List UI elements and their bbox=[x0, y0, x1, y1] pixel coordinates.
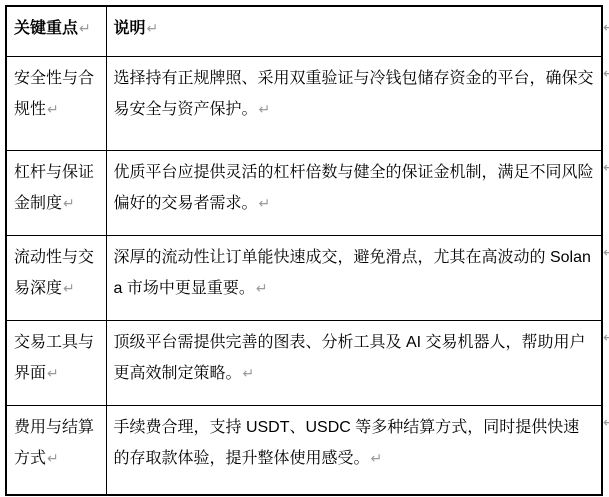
row-end-mark-icon: ↵ bbox=[603, 64, 609, 82]
key-point-cell: 杠杆与保证金制度↵ bbox=[6, 150, 106, 235]
key-point-text: 杠杆与保证金制度 bbox=[14, 164, 94, 212]
header-key-point-label: 关键重点 bbox=[14, 20, 78, 37]
description-text: 选择持有正规牌照、采用双重验证与冷钱包储存资金的平台，确保交易安全与资产保护。 bbox=[114, 70, 594, 118]
description-cell: 手续费合理，支持 USDT、USDC 等多种结算方式，同时提供快速的存取款体验，… bbox=[106, 405, 602, 495]
description-cell: 优质平台应提供灵活的杠杆倍数与健全的保证金机制，满足不同风险偏好的交易者需求。↵ bbox=[106, 150, 602, 235]
row-end-mark-icon: ↵ bbox=[603, 18, 609, 36]
row-end-mark-icon: ↵ bbox=[603, 158, 609, 176]
description-cell: 顶级平台需提供完善的图表、分析工具及 AI 交易机器人，帮助用户更高效制定策略。… bbox=[106, 320, 602, 405]
table-header-row: 关键重点↵ 说明↵ bbox=[6, 6, 602, 56]
line-break-mark-icon: ↵ bbox=[46, 365, 59, 381]
line-break-mark-icon: ↵ bbox=[242, 365, 255, 381]
key-point-cell: 交易工具与界面↵ bbox=[6, 320, 106, 405]
line-break-mark-icon: ↵ bbox=[46, 101, 59, 117]
description-text: 手续费合理，支持 USDT、USDC 等多种结算方式，同时提供快速的存取款体验，… bbox=[114, 419, 580, 467]
header-cell-key-point: 关键重点↵ bbox=[6, 6, 106, 56]
header-cell-description: 说明↵ bbox=[106, 6, 602, 56]
table-row: 费用与结算方式↵ 手续费合理，支持 USDT、USDC 等多种结算方式，同时提供… bbox=[6, 405, 602, 495]
key-point-cell: 流动性与交易深度↵ bbox=[6, 235, 106, 320]
key-point-text: 流动性与交易深度 bbox=[14, 249, 94, 297]
row-end-mark-icon: ↵ bbox=[603, 243, 609, 261]
row-end-mark-icon: ↵ bbox=[603, 328, 609, 346]
line-break-mark-icon: ↵ bbox=[62, 280, 75, 296]
line-break-mark-icon: ↵ bbox=[78, 20, 91, 36]
table-row: 交易工具与界面↵ 顶级平台需提供完善的图表、分析工具及 AI 交易机器人，帮助用… bbox=[6, 320, 602, 405]
key-point-cell: 费用与结算方式↵ bbox=[6, 405, 106, 495]
line-break-mark-icon: ↵ bbox=[258, 195, 271, 211]
line-break-mark-icon: ↵ bbox=[370, 450, 383, 466]
table-row: 安全性与合规性↵ 选择持有正规牌照、采用双重验证与冷钱包储存资金的平台，确保交易… bbox=[6, 56, 602, 150]
line-break-mark-icon: ↵ bbox=[255, 280, 268, 296]
document-page: { "page": { "background": "#ffffff", "te… bbox=[0, 0, 609, 497]
description-text: 顶级平台需提供完善的图表、分析工具及 AI 交易机器人，帮助用户更高效制定策略。 bbox=[114, 334, 586, 382]
key-points-table: 关键重点↵ 说明↵ 安全性与合规性↵ 选择持有正规牌照、采用双重验证与冷钱包储存… bbox=[5, 5, 603, 496]
line-break-mark-icon: ↵ bbox=[62, 195, 75, 211]
key-point-cell: 安全性与合规性↵ bbox=[6, 56, 106, 150]
line-break-mark-icon: ↵ bbox=[146, 20, 159, 36]
row-end-mark-icon: ↵ bbox=[603, 413, 609, 431]
description-cell: 选择持有正规牌照、采用双重验证与冷钱包储存资金的平台，确保交易安全与资产保护。↵ bbox=[106, 56, 602, 150]
description-text: 优质平台应提供灵活的杠杆倍数与健全的保证金机制，满足不同风险偏好的交易者需求。 bbox=[114, 164, 594, 212]
description-cell: 深厚的流动性让订单能快速成交，避免滑点，尤其在高波动的 Solana 市场中更显… bbox=[106, 235, 602, 320]
table-row: 杠杆与保证金制度↵ 优质平台应提供灵活的杠杆倍数与健全的保证金机制，满足不同风险… bbox=[6, 150, 602, 235]
line-break-mark-icon: ↵ bbox=[46, 450, 59, 466]
header-description-label: 说明 bbox=[114, 20, 146, 37]
table-row: 流动性与交易深度↵ 深厚的流动性让订单能快速成交，避免滑点，尤其在高波动的 So… bbox=[6, 235, 602, 320]
description-text: 深厚的流动性让订单能快速成交，避免滑点，尤其在高波动的 Solana 市场中更显… bbox=[114, 249, 591, 297]
line-break-mark-icon: ↵ bbox=[258, 101, 271, 117]
